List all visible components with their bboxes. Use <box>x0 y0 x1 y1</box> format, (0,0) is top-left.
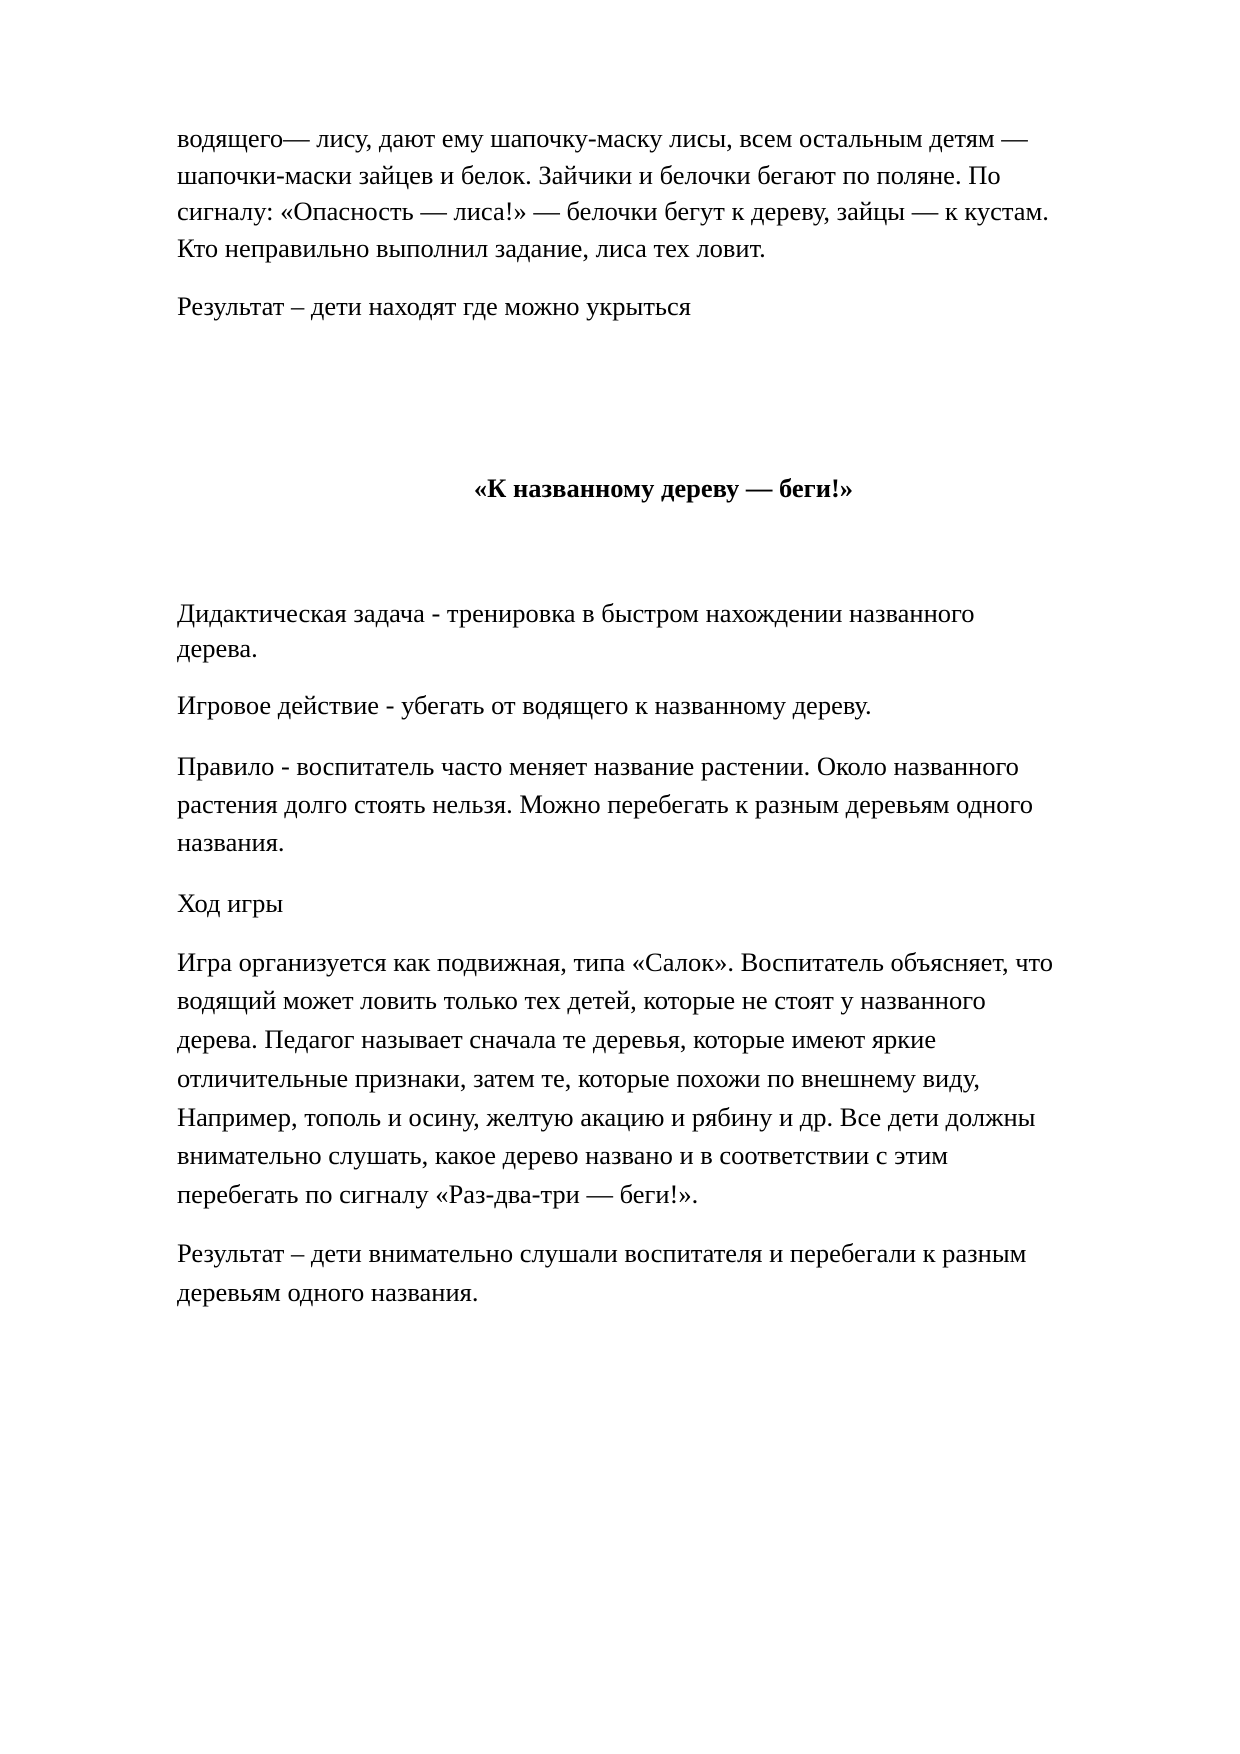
document-page: водящего— лису, дают ему шапочку-маску л… <box>0 0 1240 1754</box>
text-line: Ход игры <box>177 888 283 918</box>
text-line: Игровое действие - убегать от водящего к… <box>177 690 872 720</box>
text-line: Дидактическая задача - тренировка в быст… <box>177 598 974 628</box>
text-line: дерева. Педагог называет сначала те дере… <box>177 1024 936 1054</box>
text-line: Кто неправильно выполнил задание, лиса т… <box>177 233 766 263</box>
text-line: Результат – дети находят где можно укрыт… <box>177 291 691 321</box>
text-line: деревьям одного названия. <box>177 1277 478 1307</box>
text-line: отличительные признаки, затем те, которы… <box>177 1063 980 1093</box>
text-line: сигналу: «Опасность — лиса!» — белочки б… <box>177 196 1049 226</box>
text-line: перебегать по сигналу «Раз-два-три — бег… <box>177 1179 698 1209</box>
text-line: водящий может ловить только тех детей, к… <box>177 985 986 1015</box>
text-line: Результат – дети внимательно слушали вос… <box>177 1238 1026 1268</box>
text-line: внимательно слушать, какое дерево назван… <box>177 1140 948 1170</box>
text-line: Например, тополь и осину, желтую акацию … <box>177 1102 1035 1132</box>
text-line: дерева. <box>177 633 258 663</box>
text-line: водящего— лису, дают ему шапочку-маску л… <box>177 123 1028 153</box>
text-line: шапочки-маски зайцев и белок. Зайчики и … <box>177 160 1001 190</box>
text-line: названия. <box>177 827 285 857</box>
text-line: Правило - воспитатель часто меняет назва… <box>177 751 1019 781</box>
text-line: Игра организуется как подвижная, типа «С… <box>177 947 1053 977</box>
text-line: растения долго стоять нельзя. Можно пере… <box>177 789 1033 819</box>
section-title: «К названному дереву — беги!» <box>177 473 1150 503</box>
